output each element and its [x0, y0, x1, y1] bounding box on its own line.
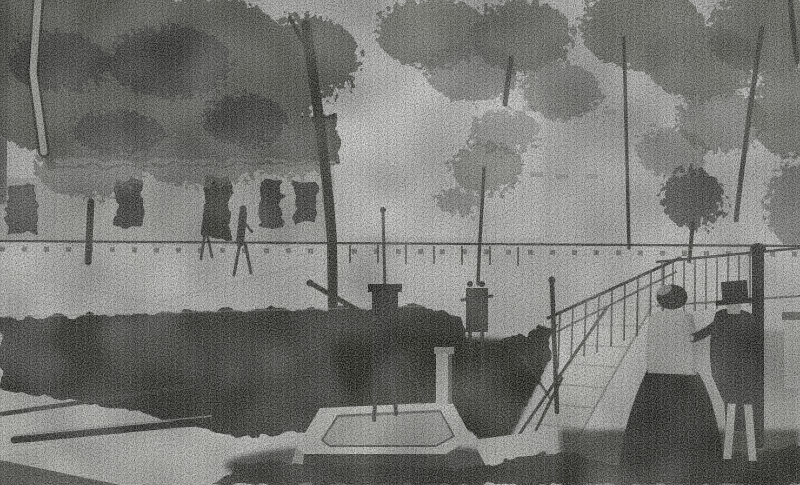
print-scene: lithograph print, halftone scan — [0, 0, 800, 485]
lithograph-print: lithograph print, halftone scan — [0, 0, 800, 485]
film-grain — [0, 0, 800, 485]
